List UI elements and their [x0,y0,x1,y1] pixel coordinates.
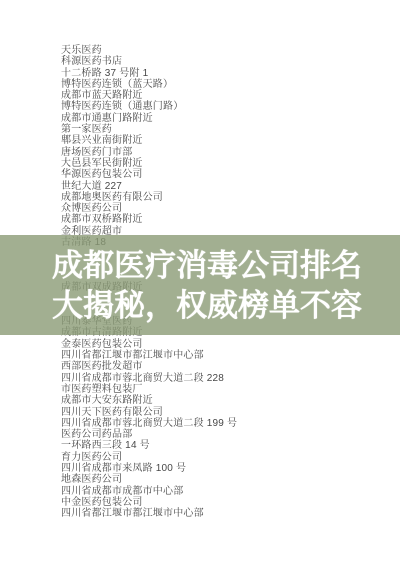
list-item: 大邑县军民街附近 [61,158,391,169]
list-item: 成都市通惠门路附近 [61,113,391,124]
list-item: 四川省都江堰市都江堰市中心部 [61,350,391,361]
list-item: 成都市双桥路附近 [61,214,391,225]
list-item: 四川天下医药有限公司 [61,407,391,418]
list-item: 西部医药批发超市 [61,361,391,372]
list-item: 医药公司药品部 [61,429,391,440]
list-item: 四川省成都市来凤路 100 号 [61,463,391,474]
list-item: 成都地奥医药有限公司 [61,192,391,203]
list-item: 中金医药包装公司 [61,497,391,508]
list-item: 一环路西三段 14 号 [61,440,391,451]
list-item: 世纪大道 227 [61,181,391,192]
list-item: 唐场医药门市部 [61,147,391,158]
list-item: 成都市大安东路附近 [61,395,391,406]
list-item: 天乐医药 [61,45,391,56]
list-item: 成都市蓝天路附近 [61,90,391,101]
list-item: 博特医药连锁（蓝天路） [61,79,391,90]
list-item: 四川省都江堰市都江堰市中心部 [61,508,391,519]
title-band-overlay [0,235,400,335]
list-item: 四川省成都市成都市中心部 [61,486,391,497]
list-item: 科源医药书店 [61,56,391,67]
list-item: 众博医药公司 [61,203,391,214]
list-item: 郫县兴业南街附近 [61,135,391,146]
list-item: 四川省成都市蓉北商贸大道二段 228 [61,373,391,384]
list-item: 育力医药公司 [61,452,391,463]
list-item: 四川省成都市蓉北商贸大道二段 199 号 [61,418,391,429]
list-item: 地森医药公司 [61,474,391,485]
list-item: 金泰医药包装公司 [61,339,391,350]
list-item: 第一家医药 [61,124,391,135]
list-item: 十二桥路 37 号附 1 [61,68,391,79]
list-item: 华源医药包装公司 [61,169,391,180]
list-item: 博特医药连锁（通惠门路） [61,101,391,112]
list-item: 市医药塑料包装厂 [61,384,391,395]
screenshot-canvas: 天乐医药科源医药书店十二桥路 37 号附 1博特医药连锁（蓝天路）成都市蓝天路附… [0,0,400,566]
